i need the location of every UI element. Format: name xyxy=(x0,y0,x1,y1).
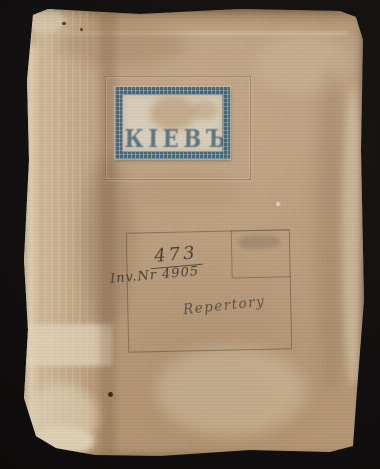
spine-repair-band xyxy=(16,324,112,366)
stain-dark-topleft xyxy=(56,24,186,66)
frayed-corner-chunk xyxy=(32,426,94,456)
label-stain xyxy=(192,100,218,120)
photo-background: КІЕВЪ 473 Inv.Nr 4905 Repertory xyxy=(0,0,380,469)
worn-right-edge xyxy=(342,86,366,386)
pencil-inner-box xyxy=(231,229,291,278)
bookplate-label: КІЕВЪ xyxy=(115,87,230,159)
paper-fleck xyxy=(276,202,280,206)
dirt-speck xyxy=(108,392,113,397)
topleft-corner-chip xyxy=(28,8,64,34)
wear-patch-light-bottom xyxy=(156,346,306,436)
bookplate-inner: КІЕВЪ xyxy=(122,94,223,152)
book-cover: КІЕВЪ 473 Inv.Nr 4905 Repertory xyxy=(16,6,368,462)
label-title: КІЕВЪ xyxy=(124,126,220,152)
spine-peeling-streak xyxy=(26,46,36,432)
dirt-speck xyxy=(80,28,83,31)
dirt-speck xyxy=(62,22,66,25)
faint-stamp xyxy=(238,235,280,250)
